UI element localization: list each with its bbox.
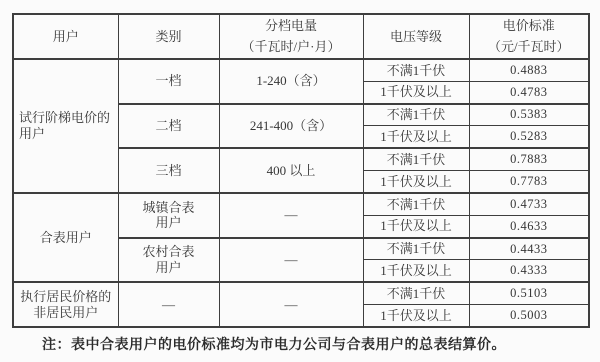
voltage-cell: 1千伏及以上 <box>363 81 469 103</box>
header-cell-volume: 分档电量 （千瓦时/户·月） <box>219 14 363 59</box>
voltage-cell: 1千伏及以上 <box>363 126 469 148</box>
category-cell: 三档 <box>118 148 219 193</box>
header-cell-user: 用户 <box>13 14 118 59</box>
volume-cell: — <box>219 238 363 283</box>
price-cell: 0.4633 <box>469 215 589 237</box>
category-cell: 一档 <box>118 59 219 104</box>
price-cell: 0.5003 <box>469 305 589 327</box>
price-cell: 0.5383 <box>469 104 589 126</box>
voltage-cell: 1千伏及以上 <box>363 171 469 193</box>
electricity-price-table: 用户 类别 分档电量 （千瓦时/户·月） 电压等级 电价标准 （元/千瓦时） 试… <box>12 13 590 328</box>
table-row: 合表用户 城镇合表 用户 — 不满1千伏 0.4733 <box>13 193 589 215</box>
volume-cell: 241-400（含） <box>219 104 363 149</box>
price-cell: 0.4883 <box>469 59 589 81</box>
volume-cell: — <box>219 282 363 327</box>
header-cell-price: 电价标准 （元/千瓦时） <box>469 14 589 59</box>
price-cell: 0.4783 <box>469 81 589 103</box>
user-group-cell: 合表用户 <box>13 193 118 282</box>
price-cell: 0.5103 <box>469 282 589 304</box>
category-cell: — <box>118 282 219 327</box>
category-cell: 二档 <box>118 104 219 149</box>
category-cell: 农村合表 用户 <box>118 238 219 283</box>
table-row: 执行居民价格的 非居民用户 — — 不满1千伏 0.5103 <box>13 282 589 304</box>
category-cell: 城镇合表 用户 <box>118 193 219 238</box>
price-cell: 0.5283 <box>469 126 589 148</box>
user-group-cell: 执行居民价格的 非居民用户 <box>13 282 118 327</box>
header-cell-voltage: 电压等级 <box>363 14 469 59</box>
voltage-cell: 不满1千伏 <box>363 104 469 126</box>
user-group-cell: 试行阶梯电价的 用户 <box>13 59 118 193</box>
voltage-cell: 不满1千伏 <box>363 59 469 81</box>
price-cell: 0.4433 <box>469 238 589 260</box>
table-row: 试行阶梯电价的 用户 一档 1-240（含） 不满1千伏 0.4883 <box>13 59 589 81</box>
header-row: 用户 类别 分档电量 （千瓦时/户·月） 电压等级 电价标准 （元/千瓦时） <box>13 14 589 59</box>
voltage-cell: 1千伏及以上 <box>363 305 469 327</box>
footnote: 注：表中合表用户的电价标准均为市电力公司与合表用户的总表结算价。 <box>42 334 506 354</box>
voltage-cell: 不满1千伏 <box>363 238 469 260</box>
volume-cell: 1-240（含） <box>219 59 363 104</box>
volume-cell: — <box>219 193 363 238</box>
voltage-cell: 不满1千伏 <box>363 148 469 170</box>
page: 用户 类别 分档电量 （千瓦时/户·月） 电压等级 电价标准 （元/千瓦时） 试… <box>0 0 600 362</box>
price-cell: 0.7783 <box>469 171 589 193</box>
price-cell: 0.4333 <box>469 260 589 282</box>
voltage-cell: 不满1千伏 <box>363 282 469 304</box>
header-cell-category: 类别 <box>118 14 219 59</box>
voltage-cell: 1千伏及以上 <box>363 215 469 237</box>
volume-cell: 400 以上 <box>219 148 363 193</box>
price-cell: 0.7883 <box>469 148 589 170</box>
voltage-cell: 不满1千伏 <box>363 193 469 215</box>
voltage-cell: 1千伏及以上 <box>363 260 469 282</box>
price-cell: 0.4733 <box>469 193 589 215</box>
